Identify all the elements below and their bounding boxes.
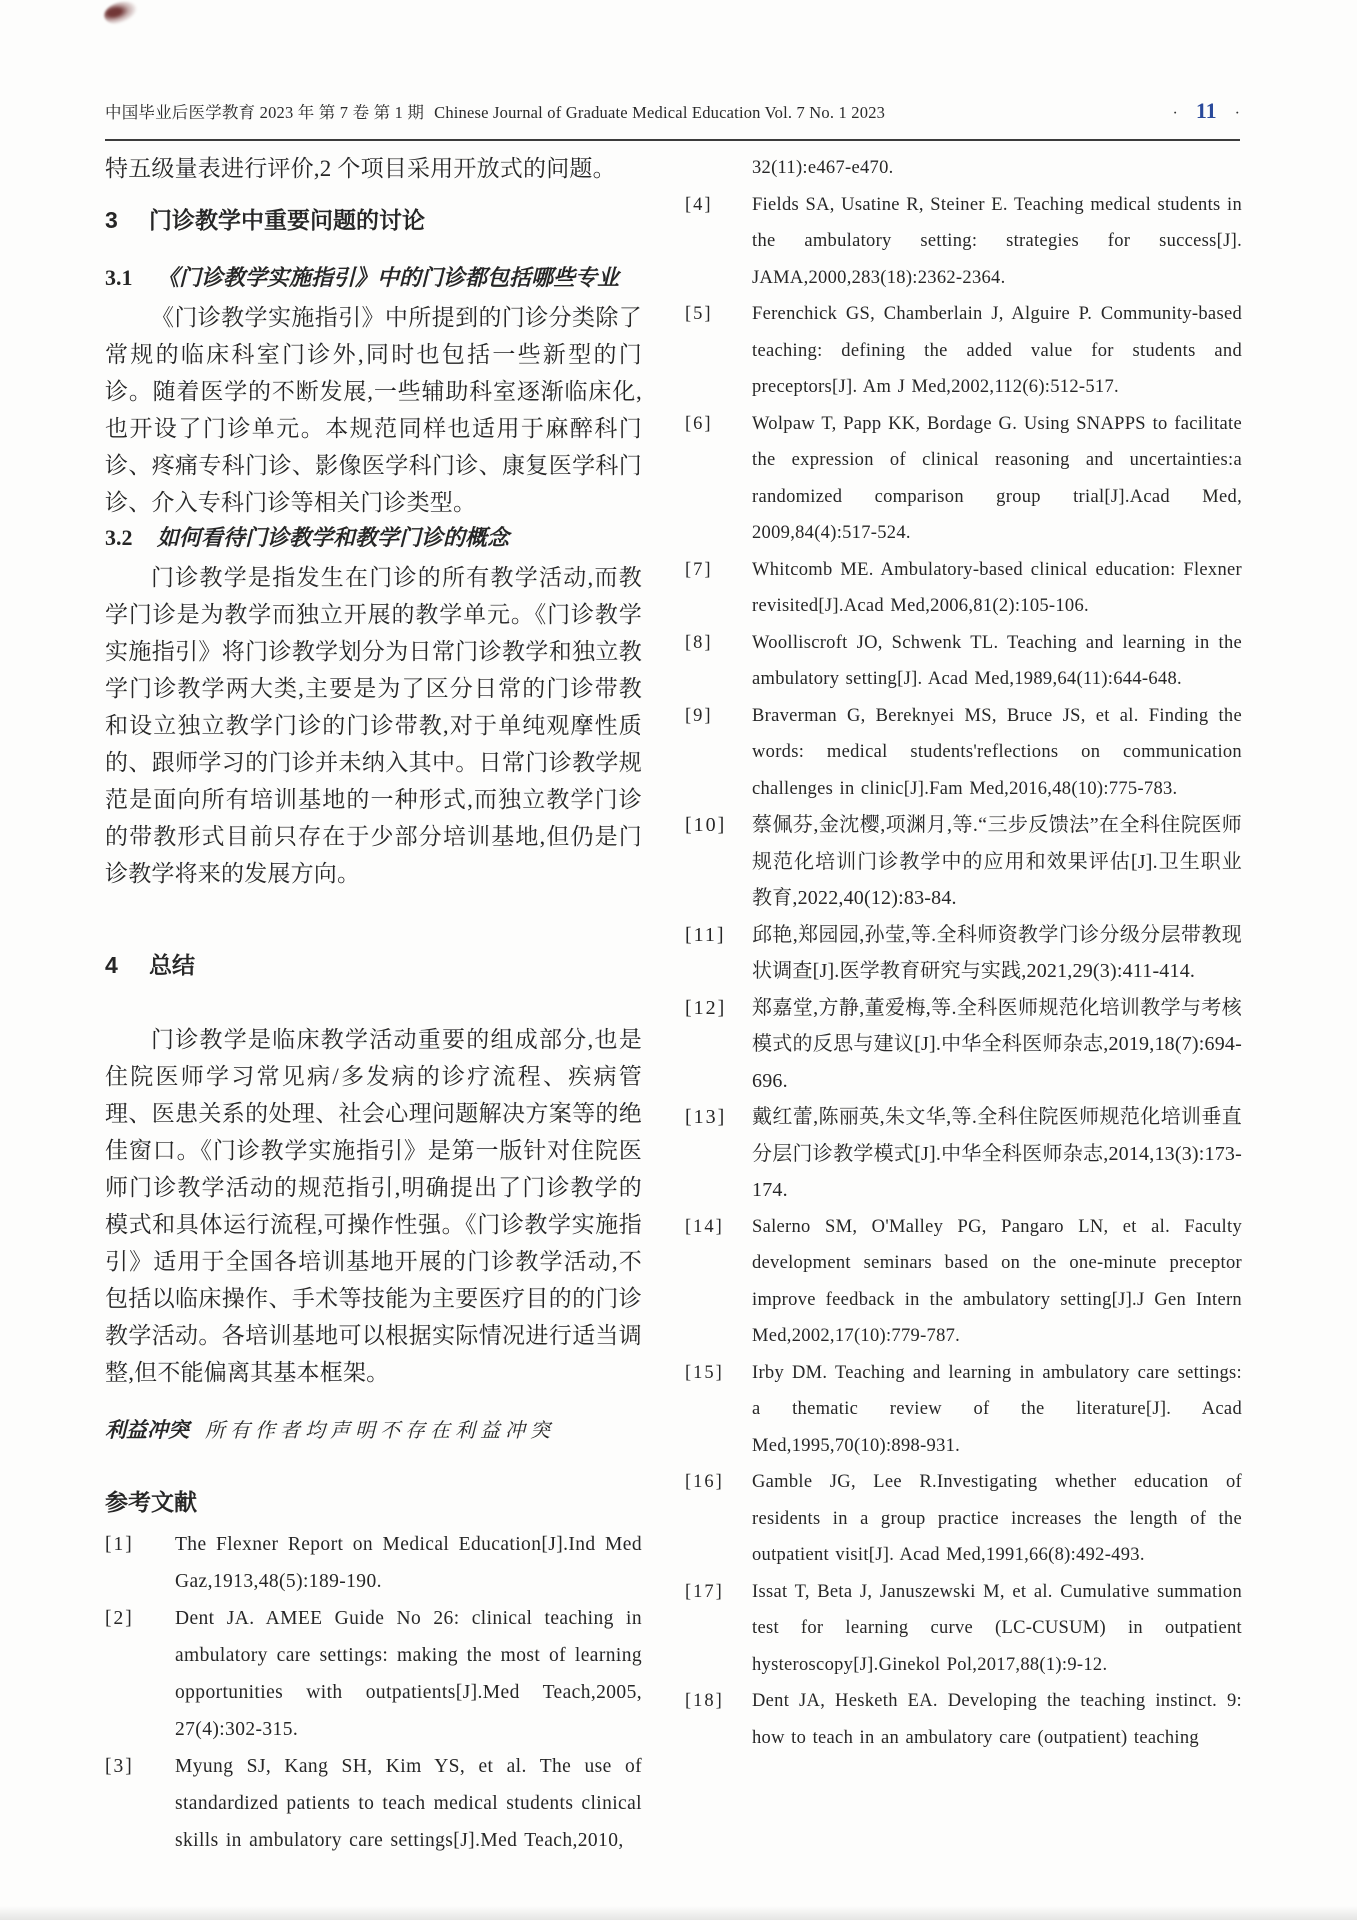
reference-text: 郑嘉堂,方静,董爱梅,等.全科医师规范化培训教学与考核模式的反思与建议[J].中… <box>752 990 1242 1100</box>
reference-number: [8] <box>685 625 752 698</box>
reference-item-17: [17] Issat T, Beta J, Januszewski M, et … <box>685 1574 1242 1684</box>
section-4-body: 门诊教学是临床教学活动重要的组成部分,也是住院医师学习常见病/多发病的诊疗流程、… <box>105 1021 642 1391</box>
section-3-1-number: 3.1 <box>105 263 157 293</box>
section-3-number: 3 <box>105 205 149 235</box>
page-number-dot-right: · <box>1235 105 1240 123</box>
reference-item-8: [8] Woolliscroft JO, Schwenk TL. Teachin… <box>685 625 1242 698</box>
reference-item-18: [18] Dent JA, Hesketh EA. Developing the… <box>685 1683 1242 1756</box>
conflict-of-interest: 利益冲突所有作者均声明不存在利益冲突 <box>105 1415 642 1446</box>
reference-item-10: [10] 蔡佩芬,金沈樱,项渊月,等.“三步反馈法”在全科住院医师规范化培训门诊… <box>685 807 1242 917</box>
reference-text: Whitcomb ME. Ambulatory-based clinical e… <box>752 552 1242 625</box>
reference-number: [11] <box>685 917 752 990</box>
section-3-title: 门诊教学中重要问题的讨论 <box>149 205 425 235</box>
header-rule <box>105 139 1240 141</box>
reference-number: [3] <box>105 1748 175 1859</box>
section-4-title: 总结 <box>149 950 195 980</box>
section-3-2-body: 门诊教学是指发生在门诊的所有教学活动,而教学门诊是为教学而独立开展的教学单元。《… <box>105 559 642 892</box>
reference-item-11: [11] 邱艳,郑园园,孙莹,等.全科师资教学门诊分级分层带教现状调查[J].医… <box>685 917 1242 990</box>
reference-text: Salerno SM, O'Malley PG, Pangaro LN, et … <box>752 1209 1242 1355</box>
section-3-1-body: 《门诊教学实施指引》中所提到的门诊分类除了常规的临床科室门诊外,同时也包括一些新… <box>105 299 642 521</box>
reference-text: Woolliscroft JO, Schwenk TL. Teaching an… <box>752 625 1242 698</box>
page-header: 中国毕业后医学教育 2023 年 第 7 卷 第 1 期Chinese Jour… <box>105 98 1240 124</box>
section-3-2-heading: 3.2 如何看待门诊教学和教学门诊的概念 <box>105 523 642 553</box>
reference-item-5: [5] Ferenchick GS, Chamberlain J, Alguir… <box>685 296 1242 406</box>
reference-item-15: [15] Irby DM. Teaching and learning in a… <box>685 1355 1242 1465</box>
right-column: 32(11):e467-e470. [4] Fields SA, Usatine… <box>685 150 1242 1756</box>
reference-number: [15] <box>685 1355 752 1465</box>
reference-text: Braverman G, Bereknyei MS, Bruce JS, et … <box>752 698 1242 808</box>
reference-item-9: [9] Braverman G, Bereknyei MS, Bruce JS,… <box>685 698 1242 808</box>
page-number-value: 11 <box>1196 98 1217 124</box>
section-3-1-title: 《门诊教学实施指引》中的门诊都包括哪些专业 <box>157 263 619 293</box>
reference-text: Wolpaw T, Papp KK, Bordage G. Using SNAP… <box>752 406 1242 552</box>
reference-item-4: [4] Fields SA, Usatine R, Steiner E. Tea… <box>685 187 1242 297</box>
section-4-heading: 4 总结 <box>105 950 642 980</box>
page-number-dot-left: · <box>1173 105 1178 123</box>
left-references-list: [1] The Flexner Report on Medical Educat… <box>105 1526 642 1859</box>
reference-text: 蔡佩芬,金沈樱,项渊月,等.“三步反馈法”在全科住院医师规范化培训门诊教学中的应… <box>752 807 1242 917</box>
reference-text: 邱艳,郑园园,孙莹,等.全科师资教学门诊分级分层带教现状调查[J].医学教育研究… <box>752 917 1242 990</box>
reference-number: [7] <box>685 552 752 625</box>
reference-number: [4] <box>685 187 752 297</box>
section-3-2-title: 如何看待门诊教学和教学门诊的概念 <box>157 523 509 553</box>
reference-number: [17] <box>685 1574 752 1684</box>
reference-item-7: [7] Whitcomb ME. Ambulatory-based clinic… <box>685 552 1242 625</box>
reference-item-16: [16] Gamble JG, Lee R.Investigating whet… <box>685 1464 1242 1574</box>
reference-number: [1] <box>105 1526 175 1600</box>
reference-number: [16] <box>685 1464 752 1574</box>
left-column: 特五级量表进行评价,2 个项目采用开放式的问题。 3 门诊教学中重要问题的讨论 … <box>105 150 642 1859</box>
reference-text: Issat T, Beta J, Januszewski M, et al. C… <box>752 1574 1242 1684</box>
journal-page: 中国毕业后医学教育 2023 年 第 7 卷 第 1 期Chinese Jour… <box>0 0 1357 1920</box>
journal-info-en: Chinese Journal of Graduate Medical Educ… <box>434 103 885 122</box>
reference-text: Ferenchick GS, Chamberlain J, Alguire P.… <box>752 296 1242 406</box>
reference-text: Gamble JG, Lee R.Investigating whether e… <box>752 1464 1242 1574</box>
reference-text: Dent JA. AMEE Guide No 26: clinical teac… <box>175 1600 642 1748</box>
carryover-paragraph: 特五级量表进行评价,2 个项目采用开放式的问题。 <box>105 150 642 187</box>
reference-number: [10] <box>685 807 752 917</box>
reference-text: 戴红蕾,陈丽英,朱文华,等.全科住院医师规范化培训垂直分层门诊教学模式[J].中… <box>752 1099 1242 1209</box>
conflict-of-interest-text: 所有作者均声明不存在利益冲突 <box>205 1420 555 1442</box>
reference-text: Myung SJ, Kang SH, Kim YS, et al. The us… <box>175 1748 642 1859</box>
reference-carryover-text: 32(11):e467-e470. <box>752 150 1242 187</box>
reference-number: [18] <box>685 1683 752 1756</box>
journal-info-zh: 中国毕业后医学教育 2023 年 第 7 卷 第 1 期 <box>105 103 424 122</box>
reference-text: Fields SA, Usatine R, Steiner E. Teachin… <box>752 187 1242 297</box>
reference-number: [9] <box>685 698 752 808</box>
reference-item-3: [3] Myung SJ, Kang SH, Kim YS, et al. Th… <box>105 1748 642 1859</box>
reference-item-2: [2] Dent JA. AMEE Guide No 26: clinical … <box>105 1600 642 1748</box>
section-4-number: 4 <box>105 950 149 980</box>
reference-number: [14] <box>685 1209 752 1355</box>
journal-info: 中国毕业后医学教育 2023 年 第 7 卷 第 1 期Chinese Jour… <box>105 99 885 123</box>
reference-item-13: [13] 戴红蕾,陈丽英,朱文华,等.全科住院医师规范化培训垂直分层门诊教学模式… <box>685 1099 1242 1209</box>
section-3-1-heading: 3.1 《门诊教学实施指引》中的门诊都包括哪些专业 <box>105 263 642 293</box>
reference-text: Irby DM. Teaching and learning in ambula… <box>752 1355 1242 1465</box>
scan-bottom-edge <box>0 1906 1357 1920</box>
section-3-2-number: 3.2 <box>105 523 157 553</box>
reference-text: Dent JA, Hesketh EA. Developing the teac… <box>752 1683 1242 1756</box>
reference-number: [6] <box>685 406 752 552</box>
conflict-of-interest-label: 利益冲突 <box>105 1418 189 1442</box>
reference-item-14: [14] Salerno SM, O'Malley PG, Pangaro LN… <box>685 1209 1242 1355</box>
references-heading: 参考文献 <box>105 1486 642 1518</box>
reference-text: The Flexner Report on Medical Education[… <box>175 1526 642 1600</box>
reference-item-6: [6] Wolpaw T, Papp KK, Bordage G. Using … <box>685 406 1242 552</box>
reference-item-12: [12] 郑嘉堂,方静,董爱梅,等.全科医师规范化培训教学与考核模式的反思与建议… <box>685 990 1242 1100</box>
reference-number: [12] <box>685 990 752 1100</box>
reference-number: [2] <box>105 1600 175 1748</box>
page-number: · 11 · <box>1173 98 1240 124</box>
scan-smudge-mark <box>102 0 142 28</box>
section-3-heading: 3 门诊教学中重要问题的讨论 <box>105 205 642 235</box>
reference-number: [5] <box>685 296 752 406</box>
reference-number: [13] <box>685 1099 752 1209</box>
reference-item-1: [1] The Flexner Report on Medical Educat… <box>105 1526 642 1600</box>
